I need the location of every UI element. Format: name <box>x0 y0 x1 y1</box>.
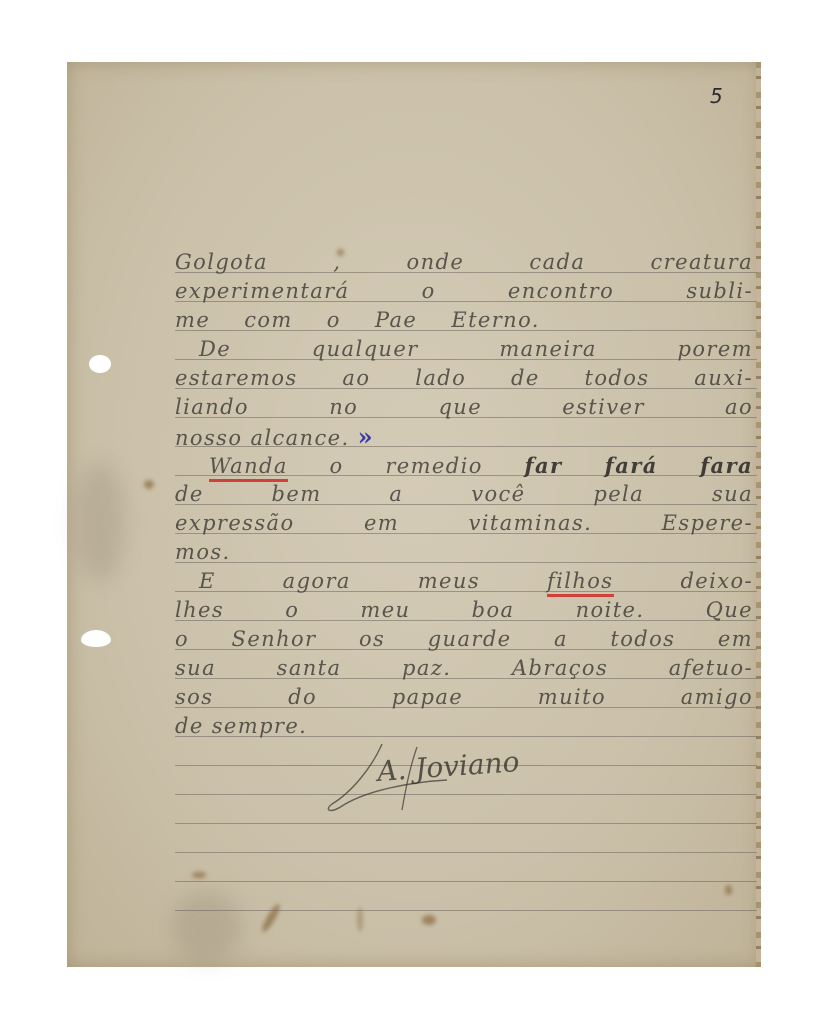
handwritten-line: De qualquer maneira porem <box>175 335 753 364</box>
red-underlined-word: filhos <box>547 569 614 597</box>
handwritten-line: de bem a você pela sua <box>175 480 753 509</box>
rule-line <box>175 823 757 824</box>
crossed-out-word: far fará fara <box>525 453 754 478</box>
handwritten-line: sos do papae muito amigo <box>175 683 753 712</box>
handwritten-line: E agora meus filhos deixo- <box>175 567 753 596</box>
rule-line <box>175 910 757 911</box>
rule-line <box>175 881 757 882</box>
line-text: E agora meus <box>199 569 480 593</box>
red-underlined-name: Wanda <box>209 454 288 482</box>
dark-stain-left <box>75 462 125 582</box>
rule-line <box>175 852 757 853</box>
handwritten-line: Golgota , onde cada creatura <box>175 248 753 277</box>
handwritten-line: experimentará o encontro subli- <box>175 277 753 306</box>
letter-page: 5 Golgota , onde cada creatura experimen… <box>67 62 761 967</box>
foxing-spot <box>144 480 154 489</box>
handwritten-line: de sempre. <box>175 712 753 741</box>
handwritten-line: me com o Pae Eterno. <box>175 306 753 335</box>
line-text: o remedio <box>330 454 483 478</box>
handwritten-line: sua santa paz. Abraços afetuo- <box>175 654 753 683</box>
handwritten-line: mos. <box>175 538 753 567</box>
handwritten-line: expressão em vitaminas. Espere- <box>175 509 753 538</box>
blue-closing-quote-mark: » <box>358 422 374 451</box>
handwritten-line: o Senhor os guarde a todos em <box>175 625 753 654</box>
line-text: nosso alcance. <box>175 426 350 450</box>
punch-hole-top <box>89 355 111 373</box>
handwritten-line: lhes o meu boa noite. Que <box>175 596 753 625</box>
handwritten-line: nosso alcance. » <box>175 422 753 451</box>
punch-hole-bottom <box>81 630 111 647</box>
handwritten-line: estaremos ao lado de todos auxi- <box>175 364 753 393</box>
handwritten-line: Wanda o remedio far fará fara <box>175 451 753 480</box>
line-text: deixo- <box>680 569 753 593</box>
handwritten-line: liando no que estiver ao <box>175 393 753 422</box>
rule-line <box>175 794 757 795</box>
page-number: 5 <box>710 84 723 108</box>
